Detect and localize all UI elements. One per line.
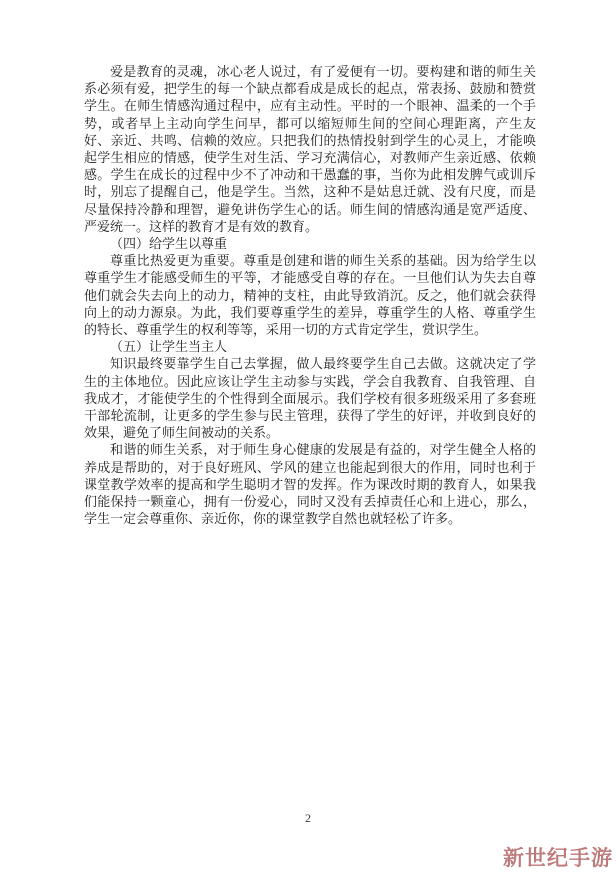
paragraph-love-is-soul-of-education: 爱是教育的灵魂，冰心老人说过，有了爱便有一切。要构建和谐的师生关系必须有爱，把学… bbox=[84, 63, 536, 235]
paragraph-harmonious-relationship-benefits: 和谐的师生关系，对于师生身心健康的发展是有益的，对学生健全人格的养成是帮助的，对… bbox=[84, 441, 536, 527]
document-page: 爱是教育的灵魂，冰心老人说过，有了爱便有一切。要构建和谐的师生关系必须有爱，把学… bbox=[0, 0, 616, 874]
section-heading-students-as-masters: （五）让学生当主人 bbox=[84, 338, 536, 355]
watermark-text: 新世纪手游 bbox=[503, 846, 613, 871]
document-body: 爱是教育的灵魂，冰心老人说过，有了爱便有一切。要构建和谐的师生关系必须有爱，把学… bbox=[84, 63, 536, 527]
page-number: 2 bbox=[0, 811, 616, 825]
paragraph-knowledge-self-mastery: 知识最终要靠学生自己去掌握，做人最终要学生自己去做。这就决定了学生的主体地位。因… bbox=[84, 355, 536, 441]
section-heading-respect-students: （四）给学生以尊重 bbox=[84, 235, 536, 252]
paragraph-respect-more-important: 尊重比热爱更为重要。尊重是创建和谐的师生关系的基础。因为给学生以尊重学生才能感受… bbox=[84, 252, 536, 338]
